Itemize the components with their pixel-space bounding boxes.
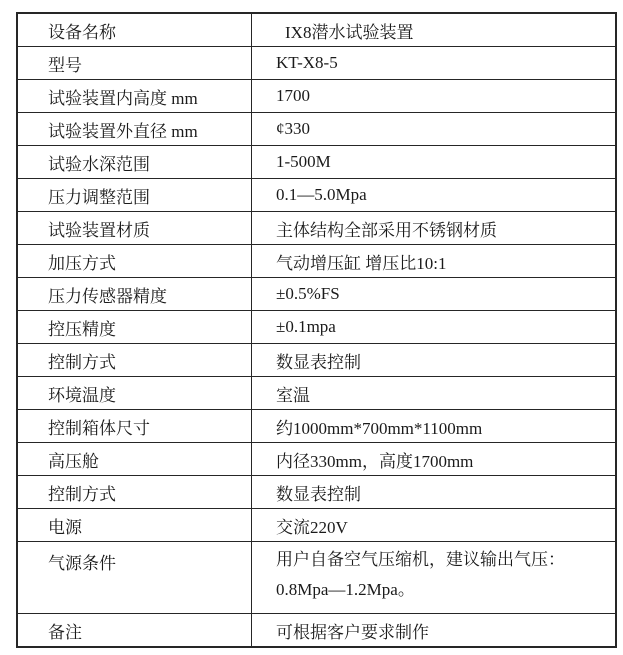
spec-value: ±0.5%FS	[252, 278, 617, 311]
spec-label-text: 试验装置内高度 mm	[48, 89, 198, 108]
spec-value-line1: 用户自备空气压缩机，建议输出气压：	[276, 545, 615, 575]
spec-row-power-supply: 电源 交流220V	[17, 509, 616, 542]
spec-label-text: 控压精度	[48, 320, 116, 339]
spec-label: 控制方式	[17, 344, 252, 377]
spec-value: 约1000mm*700mm*1100mm	[252, 410, 617, 443]
spec-label: 气源条件	[17, 542, 252, 614]
spec-row-remarks: 备注 可根据客户要求制作	[17, 614, 616, 648]
spec-label: 备注	[17, 614, 252, 648]
equipment-spec-table: 设备名称 IX8潜水试验装置 型号 KT-X8-5 试验装置内高度 mm 170…	[16, 12, 617, 648]
spec-label-text: 压力传感器精度	[48, 287, 167, 306]
spec-value: 0.1—5.0Mpa	[252, 179, 617, 212]
spec-label-text: 加压方式	[48, 254, 116, 273]
spec-value: 室温	[252, 377, 617, 410]
spec-label: 试验装置材质	[17, 212, 252, 245]
spec-label: 控制方式	[17, 476, 252, 509]
spec-value-text: 0.1—5.0Mpa	[276, 185, 367, 204]
spec-row-material: 试验装置材质 主体结构全部采用不锈钢材质	[17, 212, 616, 245]
spec-label-text: 型号	[48, 56, 82, 75]
spec-value-text: 1-500M	[276, 152, 331, 171]
spec-value-text: 气动增压缸 增压比10:1	[276, 254, 446, 273]
spec-label-text: 高压舱	[48, 452, 99, 471]
spec-value: 1-500M	[252, 146, 617, 179]
spec-row-pressure-control-accuracy: 控压精度 ±0.1mpa	[17, 311, 616, 344]
spec-label: 试验水深范围	[17, 146, 252, 179]
spec-row-control-method-1: 控制方式 数显表控制	[17, 344, 616, 377]
spec-value-text: ±0.1mpa	[276, 317, 336, 336]
spec-value-text: 内径330mm，高度1700mm	[276, 452, 473, 471]
spec-value-text: 可根据客户要求制作	[276, 623, 429, 642]
spec-row-control-method-2: 控制方式 数显表控制	[17, 476, 616, 509]
spec-value: IX8潜水试验装置	[252, 13, 617, 47]
spec-row-ambient-temperature: 环境温度 室温	[17, 377, 616, 410]
spec-value: ±0.1mpa	[252, 311, 617, 344]
spec-label-text: 控制箱体尺寸	[48, 419, 150, 438]
spec-label-text: 压力调整范围	[48, 188, 150, 207]
spec-label-text: 电源	[48, 518, 82, 537]
spec-row-outer-diameter: 试验装置外直径 mm ¢330	[17, 113, 616, 146]
spec-label: 环境温度	[17, 377, 252, 410]
spec-label: 试验装置外直径 mm	[17, 113, 252, 146]
spec-row-water-depth-range: 试验水深范围 1-500M	[17, 146, 616, 179]
spec-value-text: 交流220V	[276, 518, 348, 537]
spec-row-air-supply-condition: 气源条件 用户自备空气压缩机，建议输出气压： 0.8Mpa—1.2Mpa。	[17, 542, 616, 614]
spec-value-text: IX8潜水试验装置	[285, 23, 413, 42]
spec-row-model: 型号 KT-X8-5	[17, 47, 616, 80]
spec-value-text: 数显表控制	[276, 485, 361, 504]
spec-label-text: 气源条件	[48, 554, 116, 573]
spec-label: 电源	[17, 509, 252, 542]
spec-label-text: 试验装置外直径 mm	[48, 122, 198, 141]
spec-label-text: 试验装置材质	[48, 221, 150, 240]
spec-label-text: 环境温度	[48, 386, 116, 405]
spec-value-text: KT-X8-5	[276, 53, 338, 72]
spec-value-text: ±0.5%FS	[276, 284, 340, 303]
spec-value-text: 1700	[276, 86, 310, 105]
spec-value: 气动增压缸 增压比10:1	[252, 245, 617, 278]
spec-label: 设备名称	[17, 13, 252, 47]
spec-value-text: ¢330	[276, 119, 310, 138]
spec-label: 控制箱体尺寸	[17, 410, 252, 443]
spec-value-text: 约1000mm*700mm*1100mm	[276, 419, 482, 438]
spec-label: 压力传感器精度	[17, 278, 252, 311]
spec-row-device-name: 设备名称 IX8潜水试验装置	[17, 13, 616, 47]
spec-label-text: 备注	[48, 623, 82, 642]
spec-value: ¢330	[252, 113, 617, 146]
spec-value: 交流220V	[252, 509, 617, 542]
spec-row-pressurization-method: 加压方式 气动增压缸 增压比10:1	[17, 245, 616, 278]
spec-label-text: 试验水深范围	[48, 155, 150, 174]
spec-label-text: 控制方式	[48, 485, 116, 504]
spec-row-inner-height: 试验装置内高度 mm 1700	[17, 80, 616, 113]
spec-value: 可根据客户要求制作	[252, 614, 617, 648]
spec-row-sensor-accuracy: 压力传感器精度 ±0.5%FS	[17, 278, 616, 311]
spec-label: 控压精度	[17, 311, 252, 344]
spec-label-text: 控制方式	[48, 353, 116, 372]
spec-value: 数显表控制	[252, 344, 617, 377]
spec-row-pressure-adjust-range: 压力调整范围 0.1—5.0Mpa	[17, 179, 616, 212]
spec-label: 加压方式	[17, 245, 252, 278]
spec-value: KT-X8-5	[252, 47, 617, 80]
spec-row-high-pressure-chamber: 高压舱 内径330mm，高度1700mm	[17, 443, 616, 476]
spec-value: 用户自备空气压缩机，建议输出气压： 0.8Mpa—1.2Mpa。	[252, 542, 617, 614]
spec-value-text: 室温	[276, 386, 310, 405]
spec-value: 数显表控制	[252, 476, 617, 509]
spec-value-text: 主体结构全部采用不锈钢材质	[276, 221, 497, 240]
spec-value: 1700	[252, 80, 617, 113]
spec-value-text: 数显表控制	[276, 353, 361, 372]
spec-label: 压力调整范围	[17, 179, 252, 212]
spec-value-line2: 0.8Mpa—1.2Mpa。	[276, 575, 615, 605]
spec-label: 型号	[17, 47, 252, 80]
spec-value: 主体结构全部采用不锈钢材质	[252, 212, 617, 245]
spec-label-text: 设备名称	[48, 23, 116, 42]
spec-value: 内径330mm，高度1700mm	[252, 443, 617, 476]
spec-label: 试验装置内高度 mm	[17, 80, 252, 113]
spec-label: 高压舱	[17, 443, 252, 476]
spec-row-control-box-size: 控制箱体尺寸 约1000mm*700mm*1100mm	[17, 410, 616, 443]
